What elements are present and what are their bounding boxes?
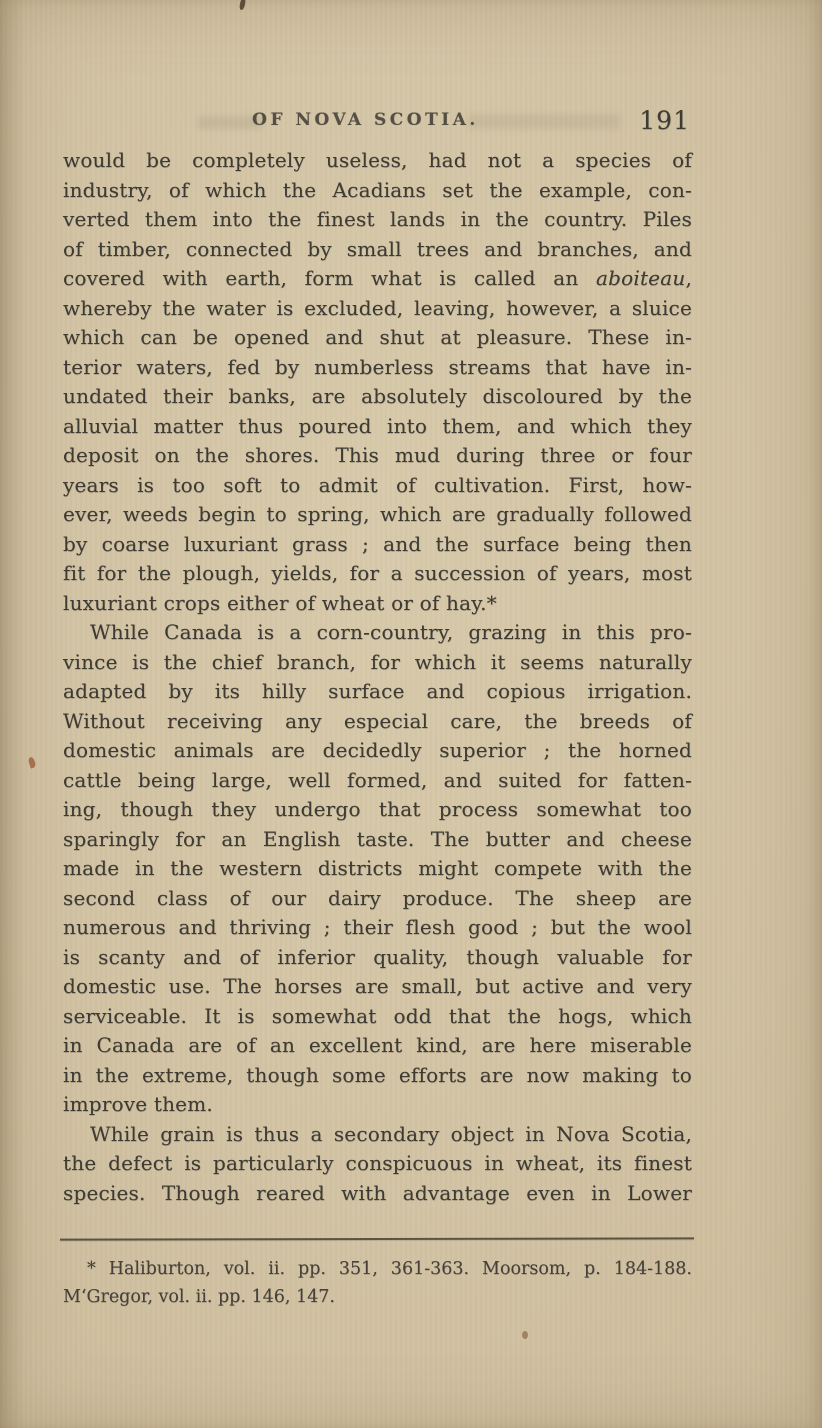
page-number: 191 [639, 106, 690, 135]
text-line: While Canada is a corn-country, grazing … [63, 618, 692, 648]
text-line: serviceable. It is somewhat odd that the… [63, 1002, 692, 1032]
text-line: which can be opened and shut at pleasure… [63, 323, 692, 353]
text-line: by coarse luxuriant grass ; and the surf… [63, 530, 692, 560]
text-line: undated their banks, are absolutely disc… [63, 382, 692, 412]
paragraph-2: While Canada is a corn-country, grazing … [63, 618, 692, 1120]
footnote-line: M‘Gregor, vol. ii. pp. 146, 147. [63, 1284, 692, 1312]
running-head: OF NOVA SCOTIA. 191 [63, 110, 692, 140]
text-line: ing, though they undergo that process so… [63, 795, 692, 825]
text-line: luxuriant crops either of wheat or of ha… [63, 589, 692, 619]
text-line: the defect is particularly conspicuous i… [63, 1149, 692, 1179]
text-line: ever, weeds begin to spring, which are g… [63, 500, 692, 530]
scanned-book-page: OF NOVA SCOTIA. 191 would be completely … [0, 0, 822, 1428]
page-title: OF NOVA SCOTIA. [51, 110, 680, 130]
text-line: sparingly for an English taste. The butt… [63, 825, 692, 855]
text-line: second class of our dairy produce. The s… [63, 884, 692, 914]
text-line: of timber, connected by small trees and … [63, 235, 692, 265]
text-line: vince is the chief branch, for which it … [63, 648, 692, 678]
text-line: Without receiving any especial care, the… [63, 707, 692, 737]
text-line: improve them. [63, 1090, 692, 1120]
text-segment: covered with earth, form what is called … [63, 266, 596, 290]
text-line: numerous and thriving ; their flesh good… [63, 913, 692, 943]
text-line: industry, of which the Acadians set the … [63, 176, 692, 206]
ink-speck [522, 1331, 528, 1339]
text-line: While grain is thus a secondary object i… [63, 1120, 692, 1150]
footnote-separator-rule [60, 1237, 694, 1240]
body-text: would be completely useless, had not a s… [63, 146, 692, 1208]
text-line: cattle being large, well formed, and sui… [63, 766, 692, 796]
text-segment: , [685, 266, 692, 290]
text-line: terior waters, fed by numberless streams… [63, 353, 692, 383]
text-line: deposit on the shores. This mud during t… [63, 441, 692, 471]
footnote: * Haliburton, vol. ii. pp. 351, 361-363.… [63, 1256, 692, 1311]
footnote-line: * Haliburton, vol. ii. pp. 351, 361-363.… [63, 1256, 692, 1284]
ink-speck [239, 0, 246, 10]
text-line: species. Though reared with advantage ev… [63, 1179, 692, 1209]
text-line: is scanty and of inferior quality, thoug… [63, 943, 692, 973]
text-line: whereby the water is excluded, leaving, … [63, 294, 692, 324]
ink-speck [27, 756, 36, 768]
paragraph-1: would be completely useless, had not a s… [63, 146, 692, 618]
text-line: domestic use. The horses are small, but … [63, 972, 692, 1002]
text-line: adapted by its hilly surface and copious… [63, 677, 692, 707]
text-line: in the extreme, though some efforts are … [63, 1061, 692, 1091]
text-line: alluvial matter thus poured into them, a… [63, 412, 692, 442]
text-line-aboiteau: covered with earth, form what is called … [63, 264, 692, 294]
text-line: would be completely useless, had not a s… [63, 146, 692, 176]
text-line: domestic animals are decidedly superior … [63, 736, 692, 766]
text-line: made in the western districts might comp… [63, 854, 692, 884]
text-line: fit for the plough, yields, for a succes… [63, 559, 692, 589]
italic-term: aboiteau [596, 266, 685, 290]
text-line: in Canada are of an excellent kind, are … [63, 1031, 692, 1061]
text-line: years is too soft to admit of cultivatio… [63, 471, 692, 501]
text-line: verted them into the finest lands in the… [63, 205, 692, 235]
paragraph-3: While grain is thus a secondary object i… [63, 1120, 692, 1209]
